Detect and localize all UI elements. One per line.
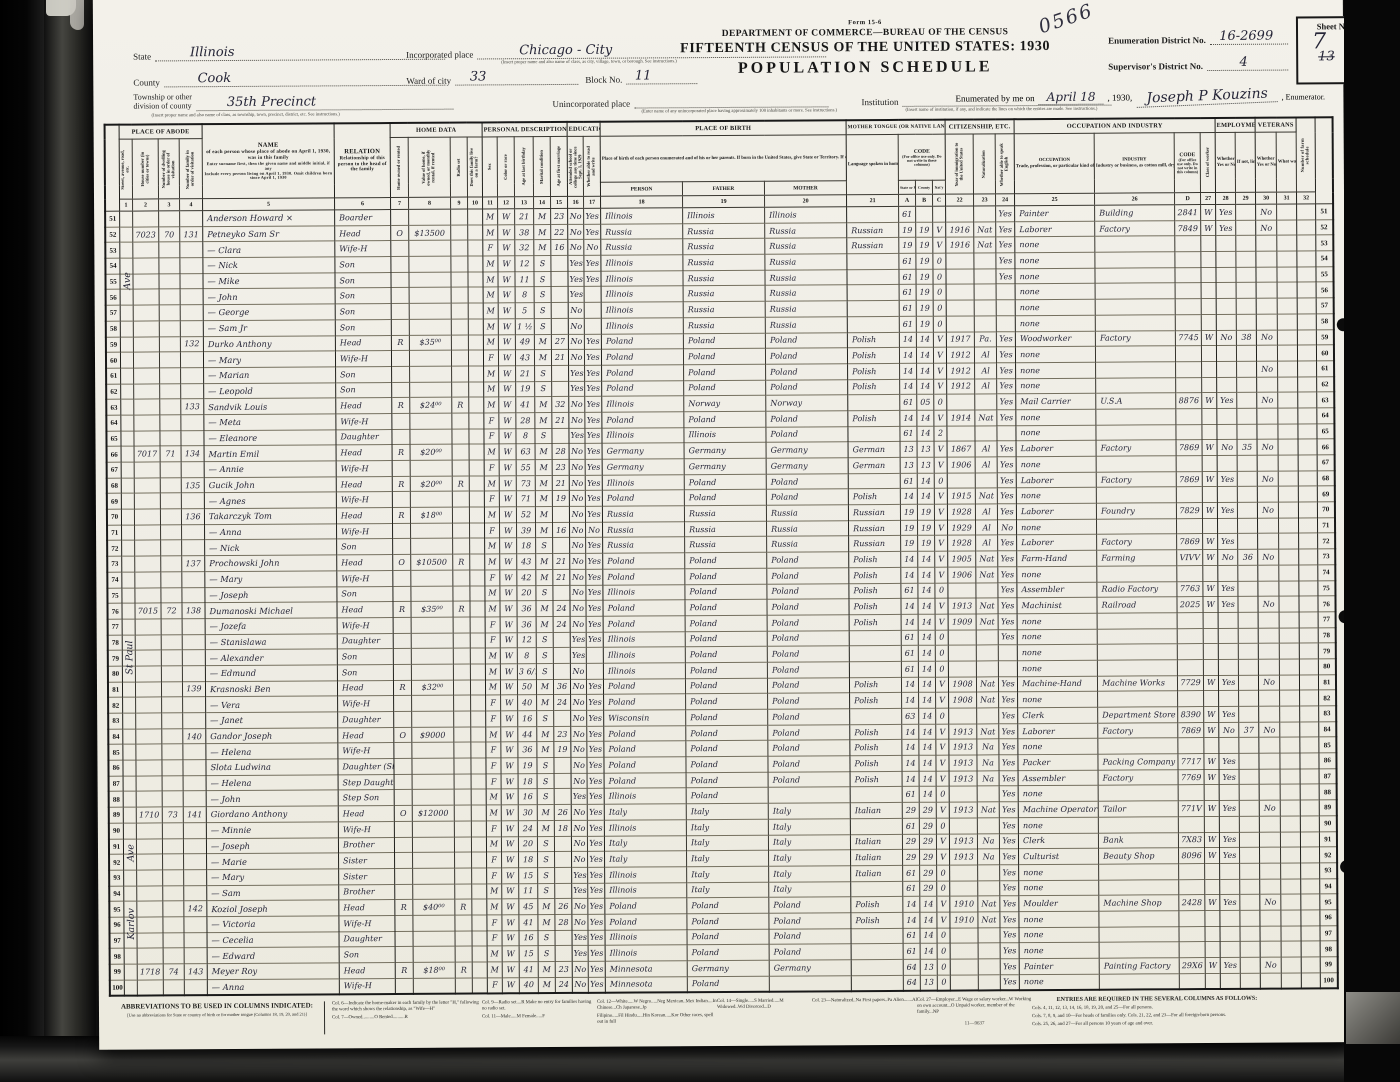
cell-sch: No	[572, 961, 588, 977]
cell-unl: 35	[1237, 440, 1257, 456]
cell-mt: Polish	[850, 755, 902, 771]
cell-eng	[998, 661, 1017, 677]
cell-race: W	[500, 648, 517, 664]
cell-occ: none	[1016, 346, 1096, 362]
group-employment: EMPLOYMENT	[1215, 118, 1255, 133]
cell-fs	[1298, 392, 1317, 408]
cell-pbf: Italy	[687, 850, 769, 866]
cell-ind	[1097, 660, 1177, 676]
cell-farm	[470, 570, 485, 586]
cell-cc: 0	[937, 959, 950, 975]
cell-mt	[851, 944, 903, 960]
cell-ind: Factory	[1095, 220, 1175, 236]
cell-rel: Head	[337, 680, 393, 696]
cell-yr: 1913	[949, 802, 977, 818]
cell-ind: Beauty Shop	[1099, 848, 1179, 864]
cell-radio	[451, 256, 468, 272]
cell-cb: 14	[918, 567, 935, 583]
cell-afm: 23	[555, 961, 572, 977]
cell-mt	[850, 787, 902, 803]
cell-yr: 1913	[950, 849, 978, 865]
cell-race: W	[500, 664, 517, 680]
cell-mt: Polish	[849, 583, 901, 599]
cell-cc: V	[934, 379, 947, 395]
cell-occ: none	[1019, 911, 1099, 927]
cell-ca: 61	[900, 395, 917, 411]
cell-unl: 37	[1239, 722, 1259, 738]
col-farm-header: Does this family live on a farm?	[467, 137, 482, 197]
cell-sch: No	[571, 820, 587, 836]
cell-fam	[181, 383, 204, 399]
cell-pbm: Poland	[767, 677, 849, 693]
cell-street	[121, 446, 134, 462]
cell-mar: M	[537, 695, 554, 711]
cell-sch: No	[571, 695, 587, 711]
cell-occ: none	[1019, 880, 1099, 896]
state-label: State	[133, 51, 155, 61]
cell-ind: Factory	[1097, 534, 1177, 550]
cell-val	[409, 272, 451, 288]
cell-cb: 14	[918, 645, 935, 661]
group-veterans: VETERANS	[1255, 117, 1296, 132]
footer-col6: Col. 6—Indicate the home-maker in each f…	[332, 1000, 482, 1013]
cell-dw	[160, 430, 181, 446]
cell-ca: 61	[903, 944, 920, 960]
cell-farm	[470, 585, 485, 601]
cell-code: 2841	[1175, 205, 1201, 221]
cell-vet	[1258, 612, 1279, 628]
cell-occ: Machine Operator	[1018, 801, 1098, 817]
enumerator-signature: Joseph P Kouzins	[1136, 85, 1278, 108]
cell-ca: 14	[899, 347, 916, 363]
cell-ln: 54	[1316, 251, 1333, 267]
cell-pbp: Italy	[605, 851, 687, 867]
cell-occ: none	[1017, 629, 1097, 645]
cell-fs	[1300, 753, 1319, 769]
cell-emp: No	[1218, 549, 1238, 565]
cell-ind: Packing Company	[1098, 754, 1178, 770]
cell-pbf: Russia	[683, 223, 765, 239]
cell-cb: 14	[920, 896, 937, 912]
cell-war	[1277, 267, 1297, 283]
cell-age: 12	[515, 256, 534, 272]
county-field: County Cook	[133, 72, 445, 88]
cell-yr: 1910	[950, 912, 978, 928]
cell-mt	[847, 269, 899, 285]
cell-war	[1281, 926, 1301, 942]
cell-ind	[1095, 236, 1175, 252]
cell-race: W	[498, 256, 515, 272]
cell-sch: No	[572, 899, 588, 915]
cell-code	[1179, 910, 1205, 926]
cell-val	[412, 711, 454, 727]
cell-sch: No	[570, 601, 586, 617]
cell-house	[133, 336, 159, 352]
enumeration-district-line: 16-2699	[1210, 31, 1288, 45]
cell-age: 36	[517, 601, 536, 617]
footer-col9: Col. 9—Radio set....R Make no entry for …	[482, 1000, 597, 1013]
cell-afm: 23	[551, 208, 568, 224]
cell-ln: 99	[110, 964, 124, 980]
cell-code	[1177, 565, 1203, 581]
cell-mar: M	[538, 899, 555, 915]
cell-cc: V	[936, 692, 949, 708]
cell-farm	[468, 350, 483, 366]
cell-code: 7869	[1177, 534, 1203, 550]
cell-mar: M	[535, 460, 552, 476]
cell-occ: none	[1017, 644, 1097, 660]
cell-war	[1280, 753, 1300, 769]
cell-rel: Head	[335, 225, 391, 241]
cell-radio	[452, 429, 469, 445]
cell-fam	[180, 258, 203, 274]
cell-eng: Yes	[997, 363, 1016, 379]
cell-sch: No	[569, 412, 585, 428]
cell-pbf: Germany	[687, 960, 769, 976]
cell-ind	[1095, 267, 1175, 283]
cell-sex: F	[486, 711, 501, 727]
cell-dw: 74	[163, 964, 184, 980]
cell-ln: 72	[1318, 533, 1335, 549]
cell-cb: 14	[920, 928, 937, 944]
cell-afm	[552, 381, 569, 397]
cell-mar: M	[535, 444, 552, 460]
township-line: 35th Precinct	[196, 95, 454, 111]
cell-ln: 92	[1320, 847, 1337, 863]
cell-age: 20	[517, 585, 536, 601]
cell-mt: Polish	[847, 348, 899, 364]
cell-ca: 14	[902, 755, 919, 771]
cell-emp: Yes	[1218, 534, 1238, 550]
cell-dw	[159, 274, 180, 290]
cell-race: W	[499, 460, 516, 476]
cell-farm	[468, 256, 483, 272]
cell-cc: V	[936, 834, 949, 850]
at-work-yesno: Yes or No	[1217, 162, 1234, 168]
cell-ln: 75	[108, 588, 122, 604]
veteran-yesno: Yes or No	[1257, 162, 1275, 168]
cell-cls: W	[1204, 832, 1219, 848]
cell-pbp: Poland	[602, 365, 684, 381]
cell-eng: Yes	[996, 206, 1015, 222]
cell-mt	[849, 646, 901, 662]
cell-rw: Yes	[588, 898, 605, 914]
cell-sch: No	[570, 616, 586, 632]
cell-farm	[469, 429, 484, 445]
cell-cls	[1203, 659, 1218, 675]
cell-age: 40	[518, 695, 537, 711]
cell-ln: 55	[106, 274, 120, 290]
cell-sex: F	[484, 491, 499, 507]
cell-race: W	[501, 805, 518, 821]
cell-age: 19	[516, 381, 535, 397]
col-dwelling-header: Number of dwelling house in order of vis…	[158, 139, 179, 199]
cell-fam	[180, 273, 203, 289]
cell-mar: S	[536, 648, 553, 664]
cell-emp	[1217, 346, 1237, 362]
cell-emp: Yes	[1216, 204, 1236, 220]
cell-street	[120, 352, 133, 368]
cell-eng: Yes	[996, 331, 1015, 347]
cell-eng: Yes	[999, 755, 1018, 771]
cell-pbf: Poland	[687, 976, 769, 992]
cell-cb: 19	[916, 269, 933, 285]
cell-pbm: Poland	[767, 583, 849, 599]
cell-rel: Son	[339, 947, 395, 963]
incorporated-value: Chicago - City	[519, 43, 612, 59]
cell-mar: M	[536, 616, 553, 632]
cell-nat	[974, 284, 996, 300]
cell-dw	[159, 336, 180, 352]
cell-ind	[1099, 973, 1179, 989]
cell-race: W	[499, 428, 516, 444]
cell-cc: V	[934, 504, 947, 520]
cell-cb: 14	[918, 661, 935, 677]
cell-own	[392, 460, 410, 476]
cell-ln: 73	[1318, 549, 1335, 565]
cell-sch: No	[572, 852, 588, 868]
cell-farm	[471, 805, 486, 821]
cell-vet: No	[1257, 502, 1278, 518]
cell-code: 7745	[1175, 330, 1201, 346]
code-note: (For office use only. Do not write in th…	[900, 154, 944, 166]
cell-unl	[1236, 204, 1256, 220]
cell-afm: 24	[555, 977, 572, 993]
cell-rw	[584, 318, 601, 334]
cell-unl	[1237, 408, 1257, 424]
cell-cb: 13	[917, 457, 934, 473]
cell-ln: 52	[1316, 219, 1333, 235]
cell-cls: W	[1204, 801, 1219, 817]
cell-own	[393, 633, 411, 649]
cell-vet	[1257, 486, 1278, 502]
cell-ln: 81	[1319, 674, 1336, 690]
cell-own: O	[393, 555, 411, 571]
cell-eng: Yes	[999, 708, 1018, 724]
cell-ln: 52	[106, 227, 120, 243]
cell-mt	[851, 928, 903, 944]
cell-fam	[180, 352, 203, 368]
cell-mt: Polish	[851, 912, 903, 928]
cell-radio	[452, 460, 469, 476]
state-value: Illinois	[190, 45, 235, 60]
cell-emp	[1216, 283, 1236, 299]
cell-rel: Head	[336, 445, 392, 461]
cell-unl	[1239, 769, 1259, 785]
cell-code: 7829	[1176, 503, 1202, 519]
cell-pbf: Poland	[685, 615, 767, 631]
cell-emp	[1219, 691, 1239, 707]
cell-emp	[1219, 738, 1239, 754]
cell-ind	[1095, 315, 1175, 331]
cell-cc	[933, 206, 946, 222]
cell-eng: Yes	[999, 692, 1018, 708]
cell-fam	[182, 571, 205, 587]
cell-ln: 97	[110, 933, 124, 949]
cell-ln: 85	[109, 745, 123, 761]
cell-cb: 14	[918, 630, 935, 646]
cell-unl	[1237, 502, 1257, 518]
cell-ind: Machine Shop	[1099, 895, 1179, 911]
cell-race: W	[500, 601, 517, 617]
cell-cls: W	[1201, 330, 1216, 346]
cell-ind: Factory	[1095, 330, 1175, 346]
cell-age: 20	[518, 836, 537, 852]
cell-cc: V	[935, 551, 948, 567]
cell-occ: Painter	[1019, 958, 1099, 974]
cell-house	[134, 399, 160, 415]
cell-farm	[468, 334, 483, 350]
cell-unl	[1236, 220, 1256, 236]
cell-cb: 14	[919, 755, 936, 771]
cell-name: — Edward	[207, 947, 339, 963]
cell-ind: Factory	[1096, 440, 1176, 456]
cell-ca: 29	[903, 849, 920, 865]
cell-fam	[183, 854, 206, 870]
cell-radio	[454, 711, 471, 727]
cell-farm	[471, 758, 486, 774]
cell-ln: 51	[106, 211, 120, 227]
cell-farm	[468, 209, 483, 225]
cell-emp	[1216, 236, 1236, 252]
cell-mt: Polish	[848, 379, 900, 395]
cell-ind	[1095, 299, 1175, 315]
cell-cb: 14	[919, 771, 936, 787]
cell-race: W	[500, 570, 517, 586]
cell-unl	[1239, 832, 1259, 848]
cell-unl	[1237, 487, 1257, 503]
cell-eng	[996, 316, 1015, 332]
cell-unl	[1240, 926, 1260, 942]
cell-val	[411, 617, 453, 633]
cell-fs	[1299, 627, 1318, 643]
cell-unl: 36	[1238, 549, 1258, 565]
cell-fam	[184, 948, 207, 964]
cell-val	[409, 319, 451, 335]
cell-afm	[553, 585, 570, 601]
cell-war	[1277, 204, 1297, 220]
cell-rw	[586, 663, 603, 679]
cell-cc: V	[935, 614, 948, 630]
cell-dw	[159, 368, 180, 384]
county-value: Cook	[198, 71, 232, 86]
cell-occ: none	[1018, 817, 1098, 833]
cell-vet	[1259, 832, 1280, 848]
col-relation-header: RELATION Relationship of this person to …	[334, 123, 390, 198]
cell-emp: Yes	[1220, 848, 1240, 864]
entries-title: ENTRIES ARE REQUIRED IN THE SEVERAL COLU…	[1032, 995, 1282, 1004]
group-mother-tongue: MOTHER TONGUE (OR NATIVE LANGUAGE) OF FO…	[846, 120, 945, 135]
cell-unl: 38	[1236, 330, 1256, 346]
ward-label: Ward of city	[406, 76, 455, 86]
cell-pbp: Poland	[603, 616, 685, 632]
cell-rw: Yes	[586, 600, 603, 616]
cell-mt	[849, 630, 901, 646]
cell-nat: Nat	[977, 676, 999, 692]
cell-ln: 94	[1320, 878, 1337, 894]
cell-yr: 1908	[949, 692, 977, 708]
cell-ca: 19	[901, 520, 918, 536]
cell-nat: Pa.	[974, 331, 996, 347]
cell-fam	[181, 415, 204, 431]
cell-code: 2428	[1179, 895, 1205, 911]
incorporated-label: Incorporated place	[406, 49, 477, 59]
cell-own	[391, 241, 409, 257]
cell-pbm: Poland	[767, 630, 849, 646]
cell-ind: Machine Works	[1098, 675, 1178, 691]
cell-race: W	[498, 240, 515, 256]
cell-mt	[847, 285, 899, 301]
cell-name: Slota Ludwina	[206, 759, 338, 775]
cell-pbp: Illinois	[601, 318, 683, 334]
cell-rw: Yes	[586, 632, 603, 648]
cell-ln: 91	[109, 839, 123, 855]
cell-cls: W	[1204, 722, 1219, 738]
cell-mar: S	[538, 852, 555, 868]
cell-emp: Yes	[1219, 675, 1239, 691]
cell-code	[1175, 283, 1201, 299]
township-field: Township or other division of county 35t…	[133, 92, 453, 112]
col-industry-header: INDUSTRY Industry or business, as cotton…	[1094, 133, 1174, 193]
cell-unl	[1237, 424, 1257, 440]
ward-field: Ward of city 33	[406, 71, 578, 86]
cell-age: 36	[518, 742, 537, 758]
cell-ca: 19	[899, 222, 916, 238]
scan-edge-right	[1344, 0, 1400, 1082]
cell-own: R	[391, 335, 409, 351]
cell-fs	[1301, 910, 1320, 926]
cell-pbp: Poland	[601, 349, 683, 365]
cell-val: $35⁰⁰	[409, 335, 451, 351]
cell-age: 21	[515, 209, 534, 225]
cell-rel: Son	[337, 539, 393, 555]
cell-own: R	[392, 507, 410, 523]
cell-cb: 19	[916, 222, 933, 238]
cell-val	[410, 492, 452, 508]
cell-street	[121, 399, 134, 415]
table-header: PLACE OF ABODE NAME of each person whose…	[105, 117, 1333, 211]
cell-ca: 14	[901, 598, 918, 614]
cell-mt	[850, 818, 902, 834]
cell-fs	[1298, 502, 1317, 518]
cell-cb: 13	[920, 975, 937, 991]
col-radio-header: Radio set	[450, 137, 467, 197]
cell-unl	[1237, 377, 1257, 393]
cell-ln: 86	[1319, 753, 1336, 769]
cell-dw	[161, 650, 182, 666]
cell-name: — Janet	[206, 712, 338, 728]
cell-mt: Polish	[851, 897, 903, 913]
cell-sex: F	[487, 930, 502, 946]
cell-ind: Factory	[1098, 722, 1178, 738]
col-immigration-year-header: Year of immigration to the United States	[945, 134, 973, 194]
cell-ca: 14	[900, 489, 917, 505]
cell-rel: Head	[338, 806, 394, 822]
cell-cb: 19	[918, 536, 935, 552]
code-b-header: County	[915, 180, 932, 194]
cell-ln: 89	[1319, 800, 1336, 816]
cell-eng: Yes	[996, 268, 1015, 284]
cell-pbf: Poland	[685, 646, 767, 662]
cell-radio	[451, 272, 468, 288]
cell-age: 32	[515, 240, 534, 256]
footer-col23-text: Col. 23—Naturalized..Na First papers..Pa…	[812, 998, 917, 1005]
cell-fs	[1297, 204, 1316, 220]
cell-occ: none	[1015, 237, 1095, 253]
cell-val	[410, 460, 452, 476]
cell-pbp: Illinois	[604, 788, 686, 804]
cell-cc: V	[933, 347, 946, 363]
